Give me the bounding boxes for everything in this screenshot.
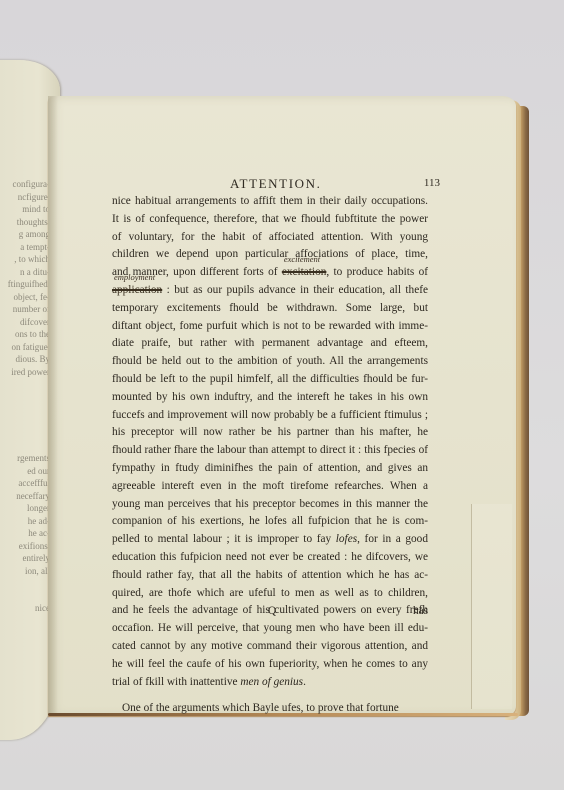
italic-text: men of genius xyxy=(240,676,303,688)
text-line: fhould be left to the pupil himfelf, all… xyxy=(112,371,428,389)
left-page-fragment: on fatigue. xyxy=(0,341,50,354)
left-page-fragment: g among xyxy=(0,228,50,241)
left-page-fragment: object, fe- xyxy=(0,291,50,304)
text-line: children we depend upon particular affoc… xyxy=(112,246,428,264)
line-text: fympathy in ftudy diminifhes the pain of… xyxy=(112,462,428,474)
text-line: fympathy in ftudy diminifhes the pain of… xyxy=(112,460,428,478)
left-page-fragment: ion, all xyxy=(0,565,50,578)
line-text: trial of fkill with inattentive xyxy=(112,676,240,688)
handwritten-correction: excitationexcitement xyxy=(282,264,327,282)
line-text: , for in a good xyxy=(357,533,428,545)
line-text: pelled to mental labour ; it is improper… xyxy=(112,533,336,545)
line-text: he will feel the caufe of his own fuperi… xyxy=(112,658,428,670)
line-text: temporary excitements fhould be withdraw… xyxy=(112,302,428,314)
left-page-fragment: a tempt- xyxy=(0,241,50,254)
line-text: young man perceives that his preceptor b… xyxy=(112,498,428,510)
line-text: fhould rather fay, that all the habits o… xyxy=(112,569,428,581)
line-text: . xyxy=(303,676,306,688)
line-text: diftant object, fome purfuit which is no… xyxy=(112,320,428,332)
struck-word: excitation xyxy=(282,266,327,278)
line-text: fuccefs and improvement will now probabl… xyxy=(112,409,428,421)
line-text: children we depend upon particular affoc… xyxy=(112,248,428,260)
left-page-text-upper: configura-ncfigure,mind tothoughts,g amo… xyxy=(0,178,50,378)
line-text: diate praife, but rather with permanent … xyxy=(112,337,428,349)
text-line: and manner, upon different forts of exci… xyxy=(112,264,428,282)
left-page-fragment: dious. By xyxy=(0,353,50,366)
text-line: diate praife, but rather with permanent … xyxy=(112,335,428,353)
line-text: fhould be left to the pupil himfelf, all… xyxy=(112,373,428,385)
text-line: fhould be held out to the ambition of yo… xyxy=(112,353,428,371)
left-page-fragment: he ad- xyxy=(0,515,50,528)
italic-text: lofes xyxy=(336,533,357,545)
left-page-fragment: entirely xyxy=(0,552,50,565)
text-line: companion of his exertions, he lofes all… xyxy=(112,513,428,531)
struck-word: application xyxy=(112,284,162,296)
text-line: of voluntary, for the habit of affociate… xyxy=(112,229,428,247)
left-page-fragment: ired power xyxy=(0,366,50,379)
text-line: education this fufpicion need not ever b… xyxy=(112,549,428,567)
text-line: temporary excitements fhould be withdraw… xyxy=(112,300,428,318)
handwritten-annotation: excitement xyxy=(284,255,320,264)
left-page-fragment: number of xyxy=(0,303,50,316)
line-text: education this fufpicion need not ever b… xyxy=(112,551,428,563)
running-title: ATTENTION. xyxy=(230,176,321,192)
left-page-fragment: , to which xyxy=(0,253,50,266)
handwritten-correction: applicationemployment xyxy=(112,282,162,300)
line-text: nice habitual arrangements to affift the… xyxy=(112,195,428,207)
left-page-fragment: difcover xyxy=(0,316,50,329)
text-line: he will feel the caufe of his own fuperi… xyxy=(112,656,428,674)
left-page-fragment: n a ditu- xyxy=(0,266,50,279)
text-line: fhould rather fhare the labour than atte… xyxy=(112,442,428,460)
left-page-fragment: rgements xyxy=(0,452,50,465)
line-text: , to produce habits of xyxy=(326,266,428,278)
text-line: trial of fkill with inattentive men of g… xyxy=(112,674,428,692)
transparent-bookmark-slip xyxy=(471,504,512,709)
left-page-fragment: ed our xyxy=(0,465,50,478)
line-text: occafion. He will perceive, that young m… xyxy=(112,622,428,634)
left-page-fragment: acceffful xyxy=(0,477,50,490)
page-footer: Q has xyxy=(112,605,428,623)
text-line: pelled to mental labour ; it is improper… xyxy=(112,531,428,549)
line-text: fhould be held out to the ambition of yo… xyxy=(112,355,428,367)
signature-mark: Q xyxy=(268,605,276,617)
left-page-text-lower: rgementsed ouraccefffulneceffarylongerhe… xyxy=(0,452,50,615)
left-page-fragment: he ac- xyxy=(0,527,50,540)
left-page-fragment: mind to xyxy=(0,203,50,216)
line-text: It is of confequence, therefore, that we… xyxy=(112,213,428,225)
text-line: quired, are thofe which are ufeful to me… xyxy=(112,585,428,603)
text-line: diftant object, fome purfuit which is no… xyxy=(112,318,428,336)
left-page-fragment: configura- xyxy=(0,178,50,191)
line-text: mounted by his own induftry, and the int… xyxy=(112,391,428,403)
text-line: agreeable intereft even in the moft tire… xyxy=(112,478,428,496)
line-text: quired, are thofe which are ufeful to me… xyxy=(112,587,428,599)
text-line: nice habitual arrangements to affift the… xyxy=(112,193,428,211)
text-line: It is of confequence, therefore, that we… xyxy=(112,211,428,229)
line-text: fhould rather fhare the labour than atte… xyxy=(112,444,428,456)
text-line: fuccefs and improvement will now probabl… xyxy=(112,407,428,425)
left-page-fragment: ncfigure, xyxy=(0,191,50,204)
line-text: : but as our pupils advance in their edu… xyxy=(162,284,428,296)
text-line: cated cannot by any motive command their… xyxy=(112,638,428,656)
text-line: mounted by his own induftry, and the int… xyxy=(112,389,428,407)
catchword: has xyxy=(413,605,428,617)
left-page-fragment: ons to the xyxy=(0,328,50,341)
left-page-fragment: thoughts, xyxy=(0,216,50,229)
page-header: ATTENTION. 113 xyxy=(150,176,440,194)
text-line: applicationemployment : but as our pupil… xyxy=(112,282,428,300)
left-page-fragment: ftinguifhed. xyxy=(0,278,50,291)
line-text: his preceptor will now rather be his par… xyxy=(112,426,428,438)
handwritten-annotation: employment xyxy=(114,273,155,282)
page-body-text: nice habitual arrangements to affift the… xyxy=(112,193,428,718)
line-text: of voluntary, for the habit of affociate… xyxy=(112,231,428,243)
page-number: 113 xyxy=(424,177,440,189)
final-paragraph-first-line: One of the arguments which Bayle ufes, t… xyxy=(112,700,428,718)
line-text: agreeable intereft even in the moft tire… xyxy=(112,480,428,492)
left-page-fragment: nice xyxy=(0,602,50,615)
line-text: cated cannot by any motive command their… xyxy=(112,640,428,652)
page-gutter-shadow xyxy=(48,96,58,716)
left-page-fragment xyxy=(0,590,50,603)
left-page-fragment: neceffary xyxy=(0,490,50,503)
text-line: young man perceives that his preceptor b… xyxy=(112,496,428,514)
line-text: companion of his exertions, he lofes all… xyxy=(112,515,428,527)
text-line: fhould rather fay, that all the habits o… xyxy=(112,567,428,585)
text-line: his preceptor will now rather be his par… xyxy=(112,424,428,442)
left-page-fragment: exifions, xyxy=(0,540,50,553)
left-page-fragment xyxy=(0,577,50,590)
left-page-fragment: longer xyxy=(0,502,50,515)
